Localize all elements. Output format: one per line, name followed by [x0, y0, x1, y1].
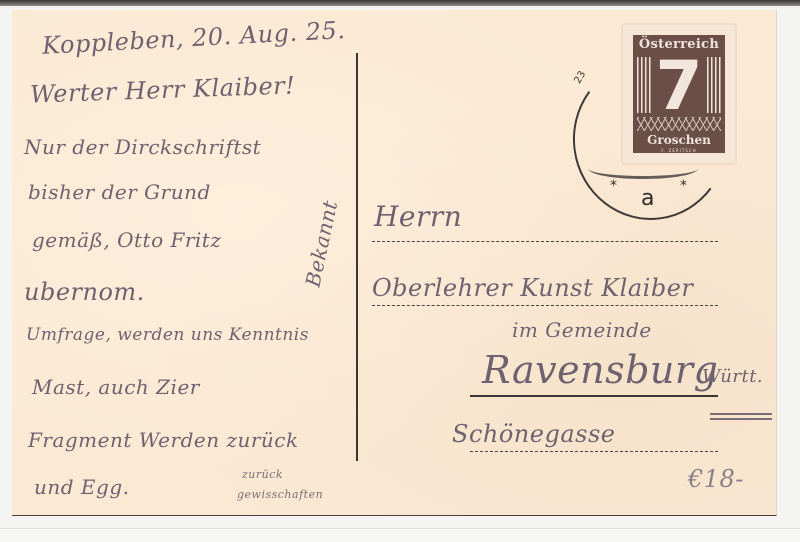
postmark-letter: a — [641, 186, 654, 211]
stamp-unit: Groschen — [633, 133, 725, 147]
place-date: Koppleben, 20. Aug. 25. — [41, 16, 346, 60]
message-line: Fragment Werden zurück — [28, 428, 299, 452]
stamp-value: 7 — [633, 49, 725, 125]
message-line: gemäß, Otto Fritz — [32, 228, 221, 252]
numeral-stamp-icon: Österreich 7 Groschen F. ZERITSCH — [633, 35, 725, 153]
message-line: Mast, auch Zier — [32, 375, 200, 399]
message-line: Nur der Dirckschriftst — [24, 135, 261, 159]
address-line — [372, 305, 718, 306]
stamp-ornament — [637, 117, 721, 131]
address-line — [470, 451, 718, 452]
address-city: Ravensburg — [482, 348, 718, 392]
message-line: ubernom. — [24, 278, 145, 306]
corner-note: zurück — [242, 468, 283, 481]
card-divider-line — [356, 53, 358, 461]
scan-bottom-edge — [0, 528, 800, 542]
vertical-note: Bekannt — [301, 198, 343, 289]
postage-stamp: Österreich 7 Groschen F. ZERITSCH — [623, 25, 735, 163]
region-underline — [710, 418, 772, 420]
stamp-designer: F. ZERITSCH — [633, 148, 725, 153]
address-region: Württ. — [702, 366, 763, 387]
message-line: Umfrage, werden uns Kenntnis — [26, 325, 309, 345]
scan-top-edge — [0, 0, 800, 6]
address-street: Schönegasse — [452, 420, 615, 448]
corner-note: gewisschaften — [237, 488, 323, 501]
message-line: bisher der Grund — [28, 180, 211, 204]
address-line — [372, 241, 718, 242]
city-underline — [470, 395, 718, 397]
address-line-herrn: Herrn — [374, 200, 462, 233]
address-line-3: im Gemeinde — [512, 318, 652, 342]
postmark-star-icon: * — [610, 178, 617, 194]
region-underline — [710, 413, 772, 415]
salutation: Werter Herr Klaiber! — [30, 71, 296, 108]
postmark-star-icon: * — [680, 178, 687, 194]
price-note: €18- — [688, 465, 744, 493]
message-line: und Egg. — [34, 475, 129, 499]
address-recipient: Oberlehrer Kunst Klaiber — [372, 274, 693, 302]
